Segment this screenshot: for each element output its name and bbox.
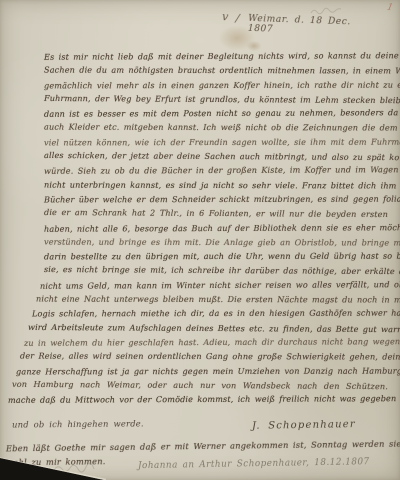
closing-line: und ob ich hingehen werde.	[12, 418, 144, 429]
manuscript-line: mache daß du Mittwoch vor der Comödie ko…	[8, 391, 388, 407]
manuscript-line: verstünden, und bringe es ihm mit. Die A…	[44, 234, 388, 249]
letter-body: Es ist mir nicht lieb daß mit deiner Beg…	[44, 49, 388, 406]
manuscript-line: viel nützen können, wie ich der Freundin…	[44, 134, 388, 149]
closing-row: und ob ich hingehen werde. J. Schopenhau…	[12, 419, 390, 435]
manuscript-line: haben, nicht alle 6, besorge das Buch au…	[44, 220, 388, 236]
letter-scan: v / Weimar. d. 18 Dec. 1807 1 Es ist mir…	[0, 0, 400, 480]
manuscript-line: gemächlich viel mehr als in einen ganzen…	[44, 77, 388, 92]
manuscript-line: nicht ums Geld, man kann im Winter nicht…	[40, 277, 388, 293]
manuscript-line: Logis schlafen, hernach miethe ich dir, …	[32, 306, 388, 321]
manuscript-line: würde. Sieh zu ob du die Bücher in der g…	[44, 163, 388, 179]
manuscript-line: ganze Herschaffung ist ja gar nichts geg…	[16, 363, 388, 378]
manuscript-line: nicht unterbringen kannst, es sind ja ni…	[44, 177, 388, 192]
manuscript-line: die er am Schrank hat 2 Thlr., in 6 Foli…	[44, 205, 388, 221]
manuscript-line: sie, es nicht bringe sie mit, ich schrei…	[44, 262, 388, 278]
check-mark: v /	[221, 10, 242, 25]
archive-number-mark: 1	[386, 3, 394, 14]
manuscript-line: Es ist mir nicht lieb daß mit deiner Beg…	[44, 48, 388, 64]
manuscript-line: zu in welchem du hier geschlafen hast. A…	[24, 334, 388, 350]
signature: J. Schopenhauer	[252, 419, 356, 432]
manuscript-line: nicht eine Nacht unterwegs bleiben mußt.…	[36, 292, 388, 307]
manuscript-line: der Reise, alles wird seinen ordentliche…	[20, 349, 388, 364]
manuscript-line: Sachen die du am nöthigsten brauchst ord…	[44, 63, 388, 78]
manuscript-line: auch Kleider etc. mitgeben kannst. Ich w…	[44, 120, 388, 135]
letter-paper: v / Weimar. d. 18 Dec. 1807 1 Es ist mir…	[0, 0, 400, 480]
pencil-scribble-icon	[310, 5, 342, 18]
